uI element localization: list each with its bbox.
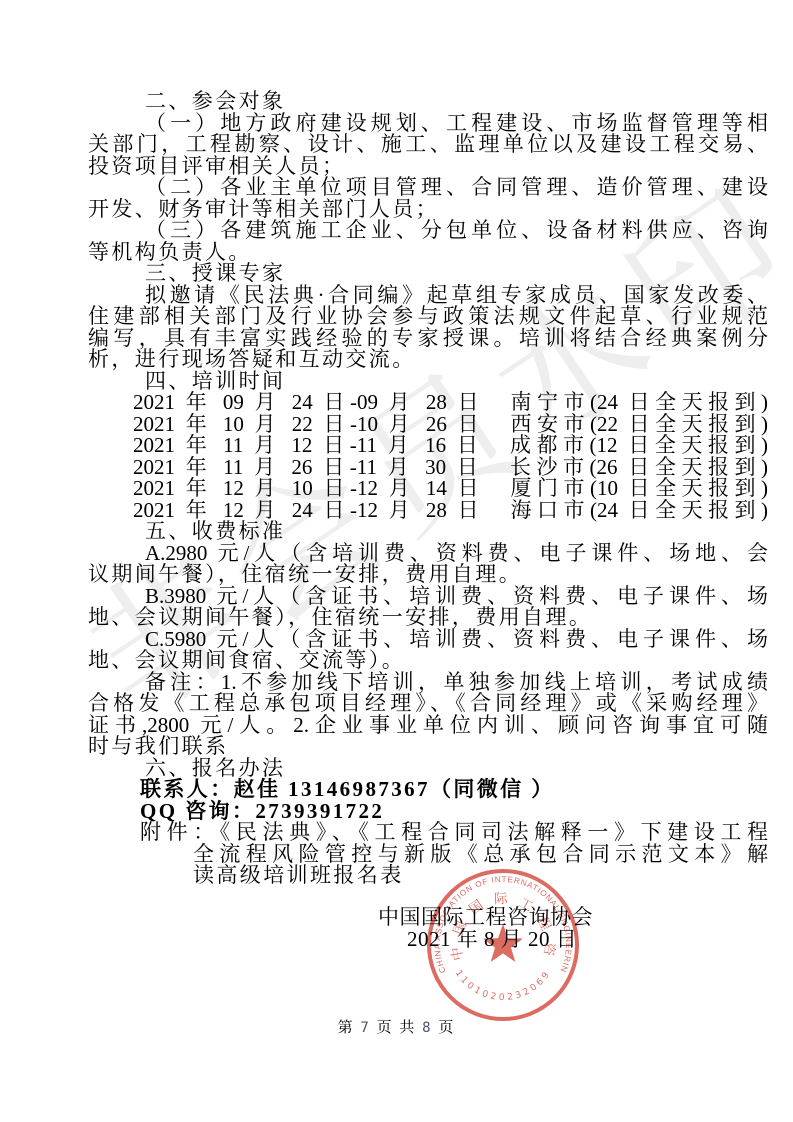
schedule-row: 2021 年 10 月 22 日-10 月 26 日 西安市(22 日全天报到) bbox=[133, 413, 768, 435]
footer-page-number: 7 bbox=[360, 1020, 370, 1036]
text-line: 关部门，工程勘察、设计、施工、监理单位以及建设工程交易、 bbox=[88, 133, 768, 155]
schedule-row: 2021 年 09 月 24 日-09 月 28 日 南宁市(24 日全天报到) bbox=[133, 391, 768, 413]
footer-label-mid: 页 共 bbox=[377, 1020, 417, 1036]
footer-label-page: 第 bbox=[338, 1020, 355, 1036]
text-line: 时与我们联系 bbox=[88, 735, 228, 757]
text-line: （三）各建筑施工企业、分包单位、设备材料供应、咨询 bbox=[145, 219, 768, 241]
text-line: 全流程风险管控与新版《总承包合同示范文本》解 bbox=[193, 843, 768, 865]
text-line: 合格发《工程总承包项目经理》、《合同经理》或《采购经理》 bbox=[88, 692, 768, 714]
section-heading-5: 五、收费标准 bbox=[145, 520, 285, 542]
text-line: 编写，具有丰富实践经验的专家授课。培训将结合经典案例分 bbox=[88, 327, 768, 349]
text-line: （一）地方政府建设规划、工程建设、市场监督管理等相 bbox=[145, 112, 768, 134]
document-page: 非会员水印 二、参会对象（一）地方政府建设规划、工程建设、市场监督管理等相关部门… bbox=[0, 0, 793, 1122]
footer-total-pages: 8 bbox=[422, 1020, 432, 1036]
section-heading-4: 四、培训时间 bbox=[145, 370, 285, 392]
issue-date: 2021 年 8 月 20 日 bbox=[407, 928, 577, 950]
text-line: 证书,2800 元/人。2.企业事业单位内训、顾问咨询事宜可随 bbox=[88, 714, 768, 736]
text-line: （二）各业主单位项目管理、合同管理、造价管理、建设 bbox=[145, 176, 768, 198]
attachment-line: 附件：《民法典》、《工程合同司法解释一》下建设工程 bbox=[140, 821, 768, 843]
schedule-row: 2021 年 12 月 24 日-12 月 28 日 海口市(24 日全天报到) bbox=[133, 499, 768, 521]
section-heading-2: 二、参会对象 bbox=[145, 90, 285, 112]
text-line: 住建部相关部门及行业协会参与政策法规文件起草、行业规范 bbox=[88, 305, 768, 327]
section-heading-6: 六、报名办法 bbox=[145, 757, 285, 779]
text-line: 投资项目评审相关人员； bbox=[88, 155, 345, 177]
text-line: 开发、财务审计等相关部门人员； bbox=[88, 198, 439, 220]
seal-registration-number: 1101020232069 bbox=[453, 969, 552, 1003]
text-line: 地、会议期间午餐），住宿统一安排，费用自理。 bbox=[88, 606, 592, 628]
schedule-row: 2021 年 11 月 26 日-11 月 30 日 长沙市(26 日全天报到) bbox=[133, 456, 768, 478]
contact-phone-line: 联系人：赵佳 13146987367（同微信 ） bbox=[140, 778, 555, 800]
fee-option-a: A.2980 元/人（含培训费、资料费、电子课件、场地、会 bbox=[145, 542, 768, 564]
text-line: 析，进行现场答疑和互动交流。 bbox=[88, 348, 416, 370]
text-line: 读高级培训班报名表 bbox=[193, 864, 404, 886]
text-line: 地、会议期间食宿、交流等）。 bbox=[88, 649, 405, 671]
footer-label-end: 页 bbox=[438, 1020, 455, 1036]
text-line: 议期间午餐），住宿统一安排，费用自理。 bbox=[88, 563, 522, 585]
text-line: 等机构负责人。 bbox=[88, 241, 252, 263]
schedule-row: 2021 年 12 月 10 日-12 月 14 日 厦门市(10 日全天报到) bbox=[133, 477, 768, 499]
page-footer: 第 7 页 共 8 页 bbox=[0, 1016, 793, 1037]
fee-option-b: B.3980 元/人（含证书、培训费、资料费、电子课件、场 bbox=[145, 585, 768, 607]
fee-option-c: C.5980 元/人（含证书、培训费、资料费、电子课件、场 bbox=[145, 628, 768, 650]
contact-qq-line: QQ 咨询：2739391722 bbox=[140, 800, 384, 822]
schedule-row: 2021 年 11 月 12 日-11 月 16 日 成都市(12 日全天报到) bbox=[133, 434, 768, 456]
section-heading-3: 三、授课专家 bbox=[145, 262, 285, 284]
remark-line: 备注：1.不参加线下培训，单独参加线上培训，考试成绩 bbox=[145, 671, 768, 693]
issuer-name: 中国国际工程咨询协会 bbox=[378, 906, 593, 928]
text-line: 拟邀请《民法典·合同编》起草组专家成员、国家发改委、 bbox=[145, 284, 768, 306]
